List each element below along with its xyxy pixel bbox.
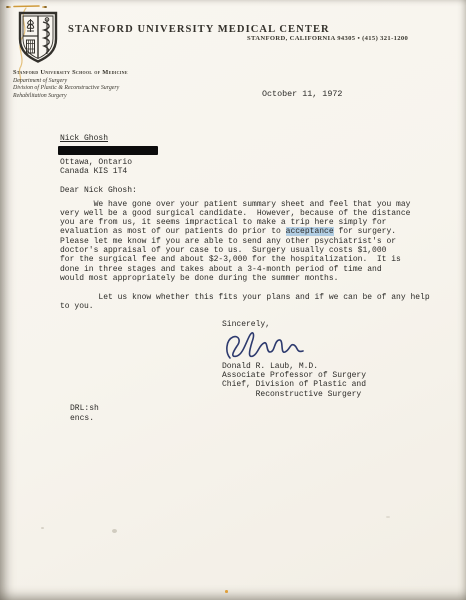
highlight-acceptance: acceptance xyxy=(286,227,334,236)
department-lines: Department of Surgery Division of Plasti… xyxy=(13,78,119,100)
paper-speck xyxy=(41,527,44,529)
redaction-bar xyxy=(58,146,158,156)
salutation: Dear Nick Ghosh: xyxy=(60,186,137,195)
body-text-after-highlight: for surgery. Please let me know if you a… xyxy=(60,227,401,282)
recipient-city: Ottawa, Ontario xyxy=(60,158,132,167)
letter-page: STANFORD UNIVERSITY MEDICAL CENTER STANF… xyxy=(0,0,466,600)
recipient-country: Canada KIS 1T4 xyxy=(60,167,127,176)
letterhead-address: STANFORD, CALIFORNIA 94305 • (415) 321-1… xyxy=(247,35,408,42)
signer-titles: Associate Professor of Surgery Chief, Di… xyxy=(222,371,366,399)
dept-line-plastic: Division of Plastic & Reconstructive Sur… xyxy=(13,85,119,92)
body-paragraph-1: We have gone over your patient summary s… xyxy=(60,200,410,284)
typist-initials: DRL:sh xyxy=(70,404,99,413)
paper-speck xyxy=(386,516,390,518)
enclosure-note: encs. xyxy=(70,414,94,423)
signer-name: Donald R. Laub, M.D. xyxy=(222,362,318,371)
letterhead-title: STANFORD UNIVERSITY MEDICAL CENTER xyxy=(68,24,330,35)
recipient-name: Nick Ghosh xyxy=(60,134,108,143)
school-of-medicine-line: Stanford University School of Medicine xyxy=(13,69,128,76)
dept-line-rehab: Rehabilitation Surgery xyxy=(13,93,119,100)
stanford-crest-icon xyxy=(17,10,59,64)
paper-speck xyxy=(112,529,117,533)
body-paragraph-2: Let us know whether this fits your plans… xyxy=(60,293,430,312)
signature-icon xyxy=(222,326,308,364)
letter-date: October 11, 1972 xyxy=(262,89,342,99)
paper-speck xyxy=(225,590,228,593)
